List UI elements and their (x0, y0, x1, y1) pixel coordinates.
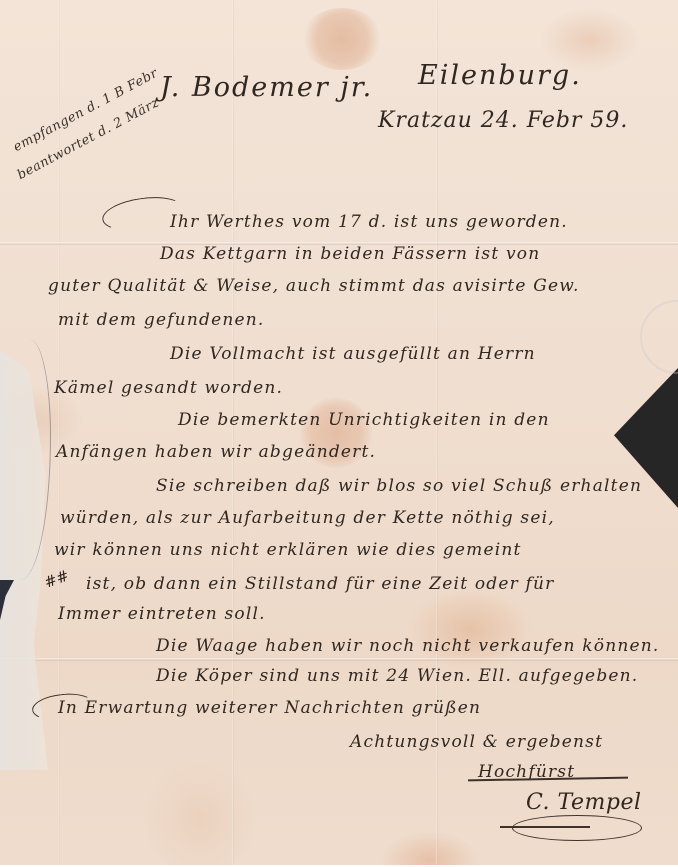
recipient-city: Eilenburg. (418, 60, 582, 91)
faded-postmark (640, 300, 678, 374)
body-line-4: mit dem gefundenen. (58, 310, 265, 330)
tear-line (0, 340, 51, 580)
body-line-13: Immer eintreten soll. (58, 604, 266, 624)
body-line-11: wir können uns nicht erklären wie dies g… (54, 540, 522, 560)
body-line-7: Die bemerkten Unrichtigkeiten in den (178, 410, 550, 430)
body-line-10: würden, als zur Aufarbeitung der Kette n… (60, 508, 555, 528)
faded-seal-stamp (302, 8, 382, 70)
body-line-2: Das Kettgarn in beiden Fässern ist von (160, 244, 540, 264)
body-line-16: In Erwartung weiterer Nachrichten grüßen (58, 698, 481, 718)
place-and-date: Kratzau 24. Febr 59. (378, 108, 628, 133)
fold-crease-horizontal (0, 658, 678, 661)
body-line-5: Die Vollmacht ist ausgefüllt an Herrn (170, 344, 536, 364)
body-line-9: Sie schreiben daß wir blos so viel Schuß… (156, 476, 642, 496)
body-line-15: Die Köper sind uns mit 24 Wien. Ell. auf… (156, 666, 638, 686)
recipient-name: J. Bodemer jr. (160, 72, 373, 103)
closing-salutation: Achtungsvoll & ergebenst (350, 732, 603, 752)
signature-flourish (512, 815, 642, 841)
body-line-12: ist, ob dann ein Stillstand für eine Zei… (86, 574, 555, 594)
signature: C. Tempel (526, 790, 642, 815)
body-line-8: Anfängen haben wir abgeändert. (56, 442, 376, 462)
body-line-3: guter Qualität & Weise, auch stimmt das … (48, 276, 580, 296)
body-line-6: Kämel gesandt worden. (54, 378, 283, 398)
body-line-14: Die Waage haben wir noch nicht verkaufen… (156, 636, 660, 656)
signature-underline (500, 826, 590, 828)
margin-mark: ## (42, 566, 72, 592)
fold-crease-vertical (232, 0, 234, 867)
letter-page: empfangen d. 1 B Febr beantwortet d. 2 M… (0, 0, 678, 867)
body-line-1: Ihr Werthes vom 17 d. ist uns geworden. (170, 212, 568, 232)
